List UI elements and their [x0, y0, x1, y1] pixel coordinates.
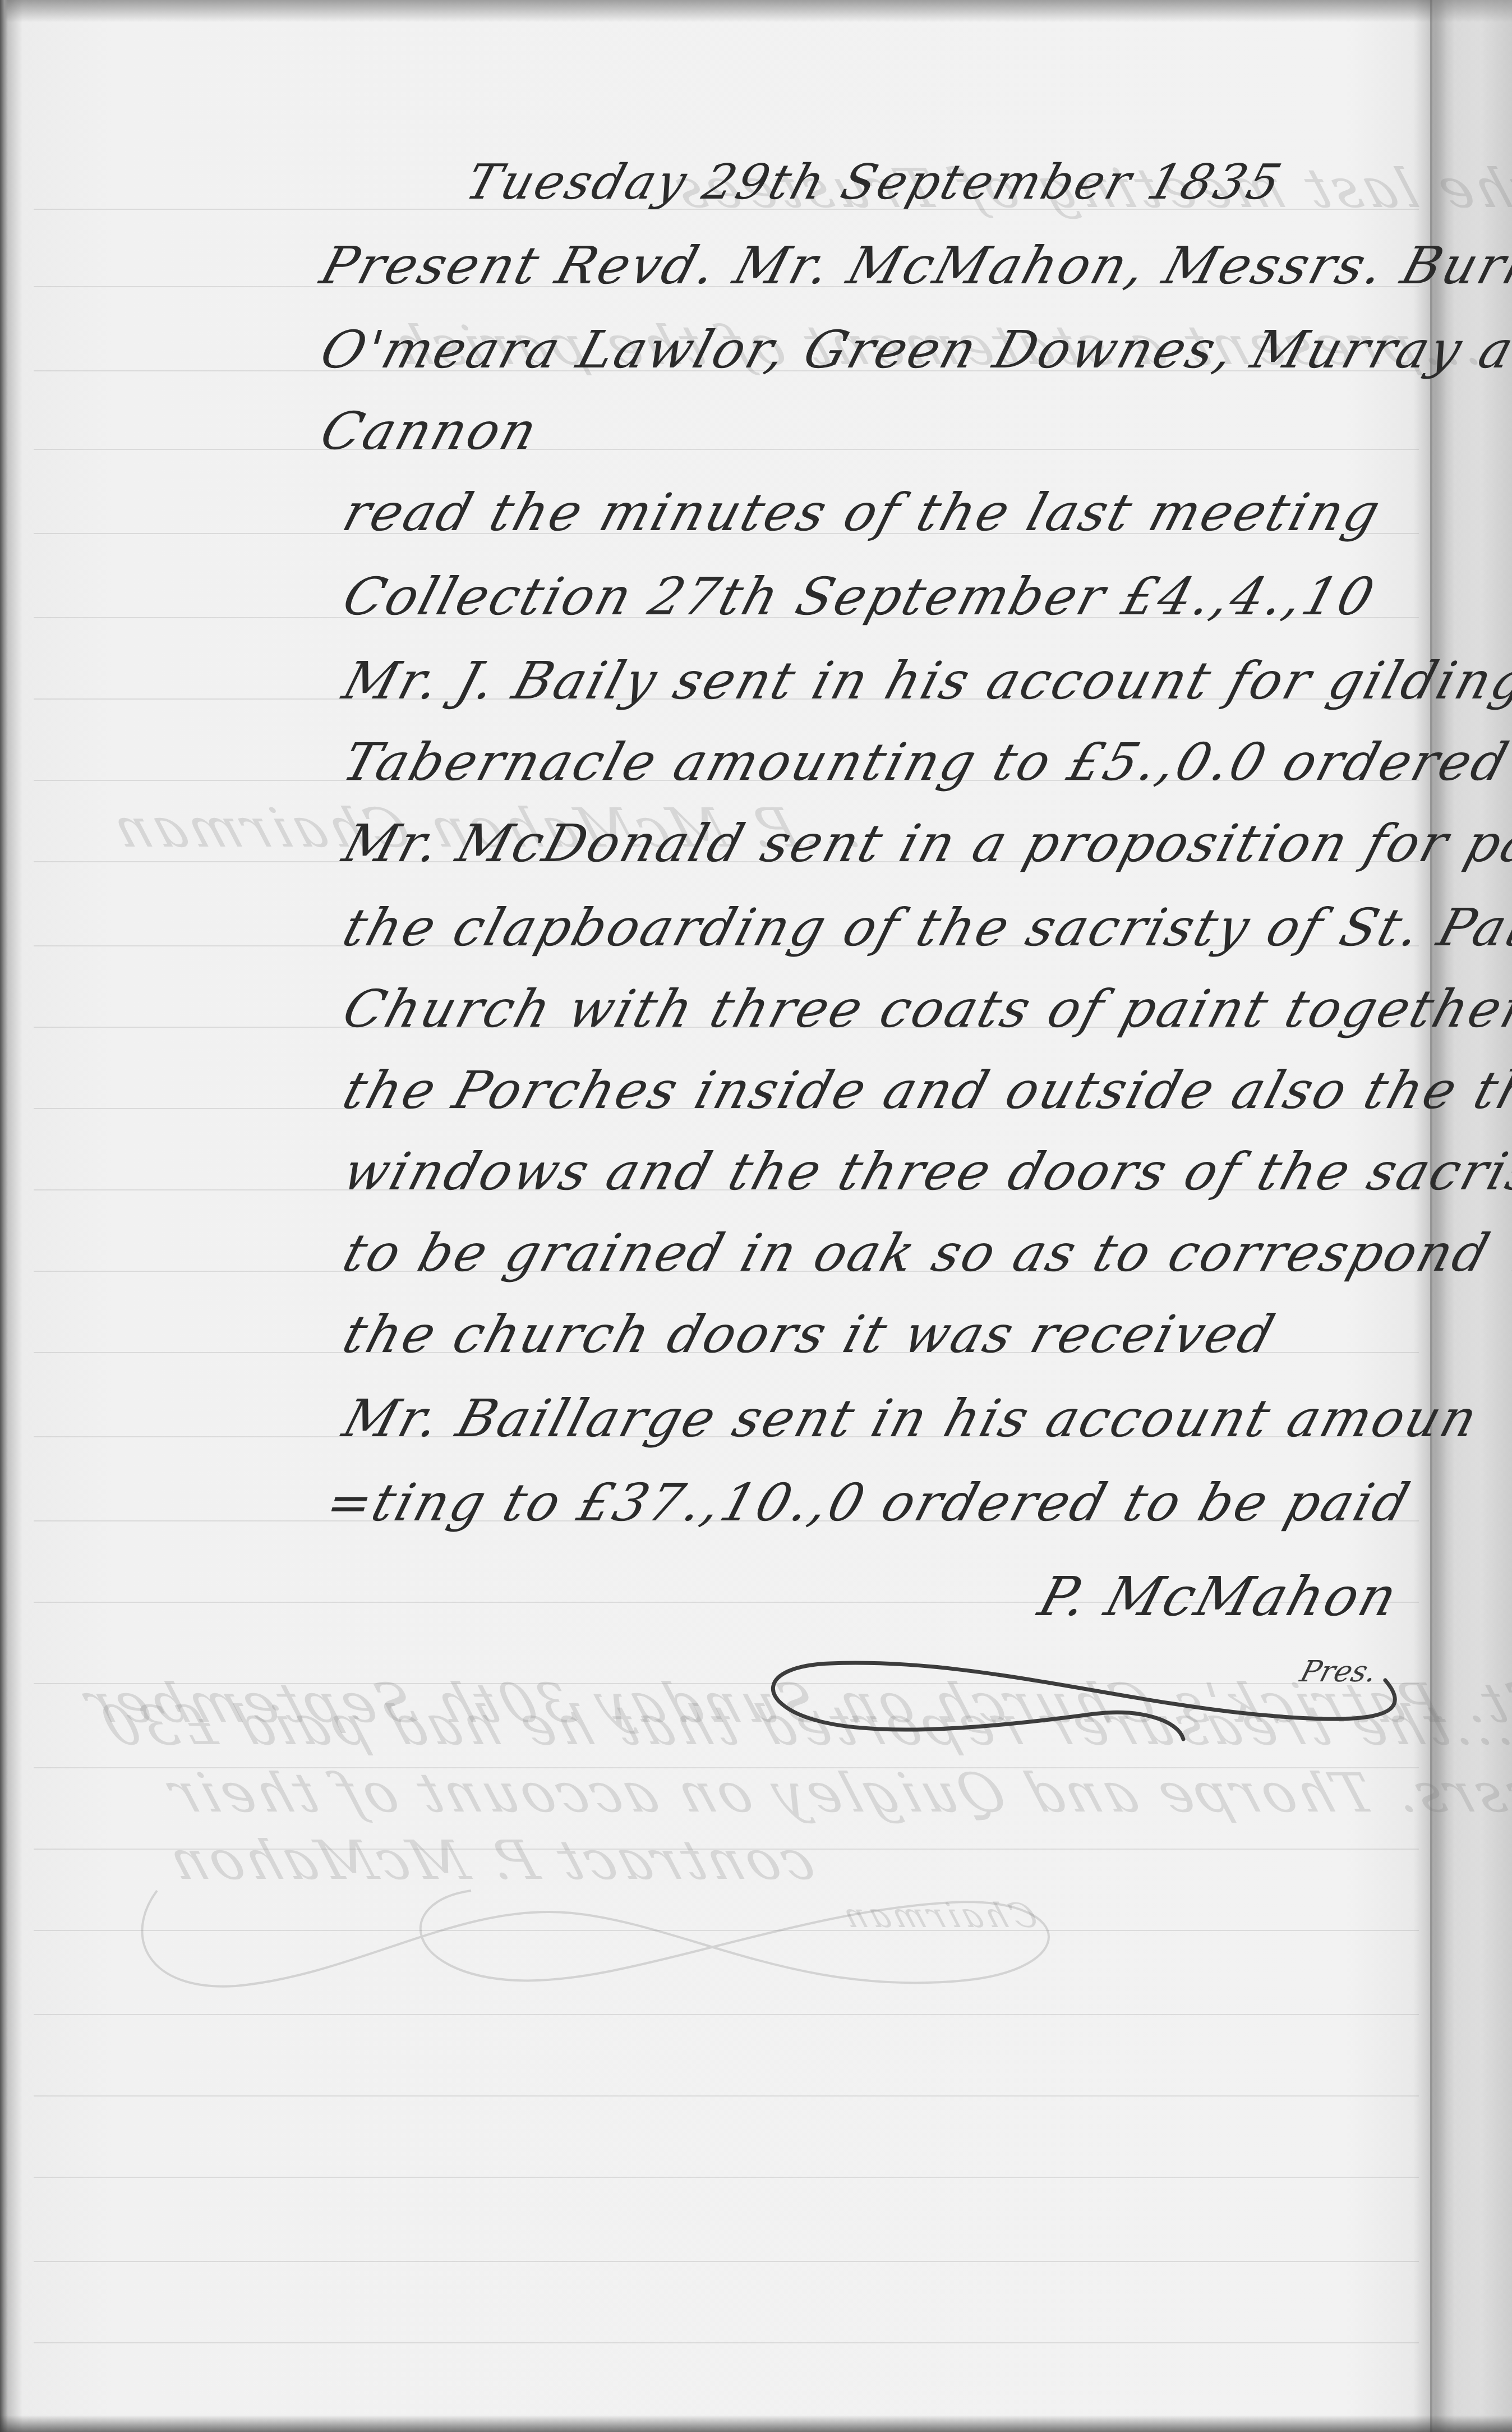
baillarge-amount-line: =ting to £37.,10.,0 ordered to be paid	[320, 1473, 1418, 1533]
attendance-line-3: Cannon	[314, 401, 546, 461]
bleed-through-flourish	[123, 1868, 1105, 2003]
collection-line: Collection 27th September £4.,4.,10	[336, 567, 1382, 627]
baillarge-account-line: Mr. Baillarge sent in his account amoun	[336, 1389, 1486, 1449]
ruled-line	[34, 2261, 1419, 2262]
minutes-read-line: read the minutes of the last meeting	[336, 482, 1389, 543]
bleed-through-text: to Messrs. Thorpe and Quigley on account…	[158, 1762, 1512, 1824]
church-coats-line: Church with three coats of paint togethe…	[336, 979, 1512, 1039]
received-line: the church doors it was received	[336, 1304, 1283, 1364]
bottom-edge-shadow	[0, 2415, 1512, 2432]
ruled-line	[34, 2014, 1419, 2015]
windows-doors-line: windows and the three doors of the sacri…	[336, 1142, 1512, 1202]
ruled-line	[34, 2177, 1419, 2178]
attendance-line-1: Present Revd. Mr. McMahon, Messrs. Burk	[314, 236, 1512, 296]
mcdonald-proposition-line: Mr. McDonald sent in a proposition for p…	[336, 813, 1512, 874]
ruled-line	[34, 2095, 1419, 2097]
clapboarding-line: the clapboarding of the sacristy of St. …	[336, 898, 1512, 958]
tabernacle-line: Tabernacle amounting to £5.,0.0 ordered …	[336, 732, 1512, 792]
baily-account-line: Mr. J. Baily sent in his account for gil…	[336, 651, 1512, 711]
attendance-line-2: O'meara Lawlor, Green Downes, Murray and	[314, 320, 1512, 380]
signature-name: P. McMahon	[1032, 1565, 1406, 1628]
ruled-line	[34, 2342, 1419, 2343]
grained-oak-line: to be grained in oak so as to correspond…	[336, 1223, 1512, 1283]
signature-flourish	[746, 1647, 1408, 1748]
top-edge-shadow	[0, 0, 1512, 22]
entry-date-heading: Tuesday 29th September 1835	[460, 154, 1289, 210]
ruled-line	[34, 449, 1419, 450]
porches-line: the Porches inside and outside also the …	[336, 1060, 1512, 1120]
left-page-edge	[0, 0, 8, 2432]
